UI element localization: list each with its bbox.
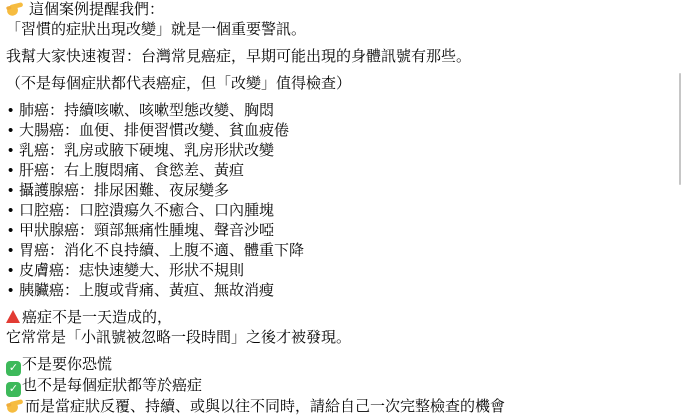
bullet-marker: • xyxy=(6,201,19,221)
cancer-list-item: •皮膚癌：痣快速變大、形狀不規則 xyxy=(6,261,670,281)
bullet-marker: • xyxy=(6,101,19,121)
green-check-icon: ✓ xyxy=(6,361,21,376)
note-paragraph: （不是每個症狀都代表癌症，但「改變」值得檢查） xyxy=(6,74,670,94)
cancer-list-item: •攝護腺癌：排尿困難、夜尿變多 xyxy=(6,181,670,201)
warning-paragraph: 癌症不是一天造成的， 它常常是「小訊號被忽略一段時間」之後才被發現。 xyxy=(6,308,670,348)
pointing-right-icon xyxy=(6,0,24,16)
pointing-right-icon xyxy=(6,397,24,413)
cancer-list-item: •大腸癌：血便、排便習慣改變、貧血疲倦 xyxy=(6,121,670,141)
bullet-marker: • xyxy=(6,241,19,261)
bullet-marker: • xyxy=(6,141,19,161)
scrollbar-thumb[interactable] xyxy=(679,73,681,185)
bullet-marker: • xyxy=(6,121,19,141)
cancer-list: •肺癌：持續咳嗽、咳嗽型態改變、胸悶 •大腸癌：血便、排便習慣改變、貧血疲倦 •… xyxy=(6,101,670,301)
cancer-item-text: 胃癌：消化不良持續、上腹不適、體重下降 xyxy=(19,242,304,259)
closing-text: 不是要你恐慌 xyxy=(22,356,112,373)
closing-line: 而是當症狀反覆、持續、或與以往不同時，請給自己一次完整檢查的機會 xyxy=(6,397,670,417)
cancer-list-item: •胃癌：消化不良持續、上腹不適、體重下降 xyxy=(6,241,670,261)
bullet-marker: • xyxy=(6,281,19,301)
bullet-marker: • xyxy=(6,261,19,281)
intro-line1: 這個案例提醒我們： xyxy=(29,1,164,18)
cancer-item-text: 肺癌：持續咳嗽、咳嗽型態改變、胸悶 xyxy=(19,102,274,119)
warning-line1: 癌症不是一天造成的， xyxy=(22,309,172,326)
cancer-list-item: •甲狀腺癌：頸部無痛性腫塊、聲音沙啞 xyxy=(6,221,670,241)
bullet-marker: • xyxy=(6,181,19,201)
closing-line: ✓也不是每個症狀都等於癌症 xyxy=(6,376,670,397)
bullet-marker: • xyxy=(6,221,19,241)
cancer-list-item: •肺癌：持續咳嗽、咳嗽型態改變、胸悶 xyxy=(6,101,670,121)
cancer-item-text: 胰臟癌：上腹或背痛、黃疸、無故消瘦 xyxy=(19,282,274,299)
cancer-list-item: •肝癌：右上腹悶痛、食慾差、黃疸 xyxy=(6,161,670,181)
intro-paragraph: 這個案例提醒我們： 「習慣的症狀出現改變」就是一個重要警訊。 xyxy=(6,0,670,40)
cancer-item-text: 乳癌：乳房或腋下硬塊、乳房形狀改變 xyxy=(19,142,274,159)
cancer-item-text: 大腸癌：血便、排便習慣改變、貧血疲倦 xyxy=(19,122,289,139)
cancer-item-text: 攝護腺癌：排尿困難、夜尿變多 xyxy=(19,182,229,199)
cancer-list-item: •胰臟癌：上腹或背痛、黃疸、無故消瘦 xyxy=(6,281,670,301)
closing-line: ✓不是要你恐慌 xyxy=(6,355,670,376)
cancer-item-text: 甲狀腺癌：頸部無痛性腫塊、聲音沙啞 xyxy=(19,222,274,239)
closing-paragraph: ✓不是要你恐慌 ✓也不是每個症狀都等於癌症 而是當症狀反覆、持續、或與以往不同時… xyxy=(6,355,670,417)
bullet-marker: • xyxy=(6,161,19,181)
cancer-list-item: •口腔癌：口腔潰瘍久不癒合、口內腫塊 xyxy=(6,201,670,221)
post-text: 這個案例提醒我們： 「習慣的症狀出現改變」就是一個重要警訊。 我幫大家快速複習：… xyxy=(0,0,682,417)
cancer-item-text: 皮膚癌：痣快速變大、形狀不規則 xyxy=(19,262,244,279)
closing-text: 而是當症狀反覆、持續、或與以往不同時，請給自己一次完整檢查的機會 xyxy=(25,398,505,415)
warning-line2: 它常常是「小訊號被忽略一段時間」之後才被發現。 xyxy=(6,329,351,346)
review-paragraph: 我幫大家快速複習：台灣常見癌症，早期可能出現的身體訊號有那些。 xyxy=(6,47,670,67)
intro-line2: 「習慣的症狀出現改變」就是一個重要警訊。 xyxy=(6,21,306,38)
closing-text: 也不是每個症狀都等於癌症 xyxy=(22,377,202,394)
cancer-item-text: 口腔癌：口腔潰瘍久不癒合、口內腫塊 xyxy=(19,202,274,219)
cancer-item-text: 肝癌：右上腹悶痛、食慾差、黃疸 xyxy=(19,162,244,179)
red-triangle-icon xyxy=(6,310,20,323)
cancer-list-item: •乳癌：乳房或腋下硬塊、乳房形狀改變 xyxy=(6,141,670,161)
